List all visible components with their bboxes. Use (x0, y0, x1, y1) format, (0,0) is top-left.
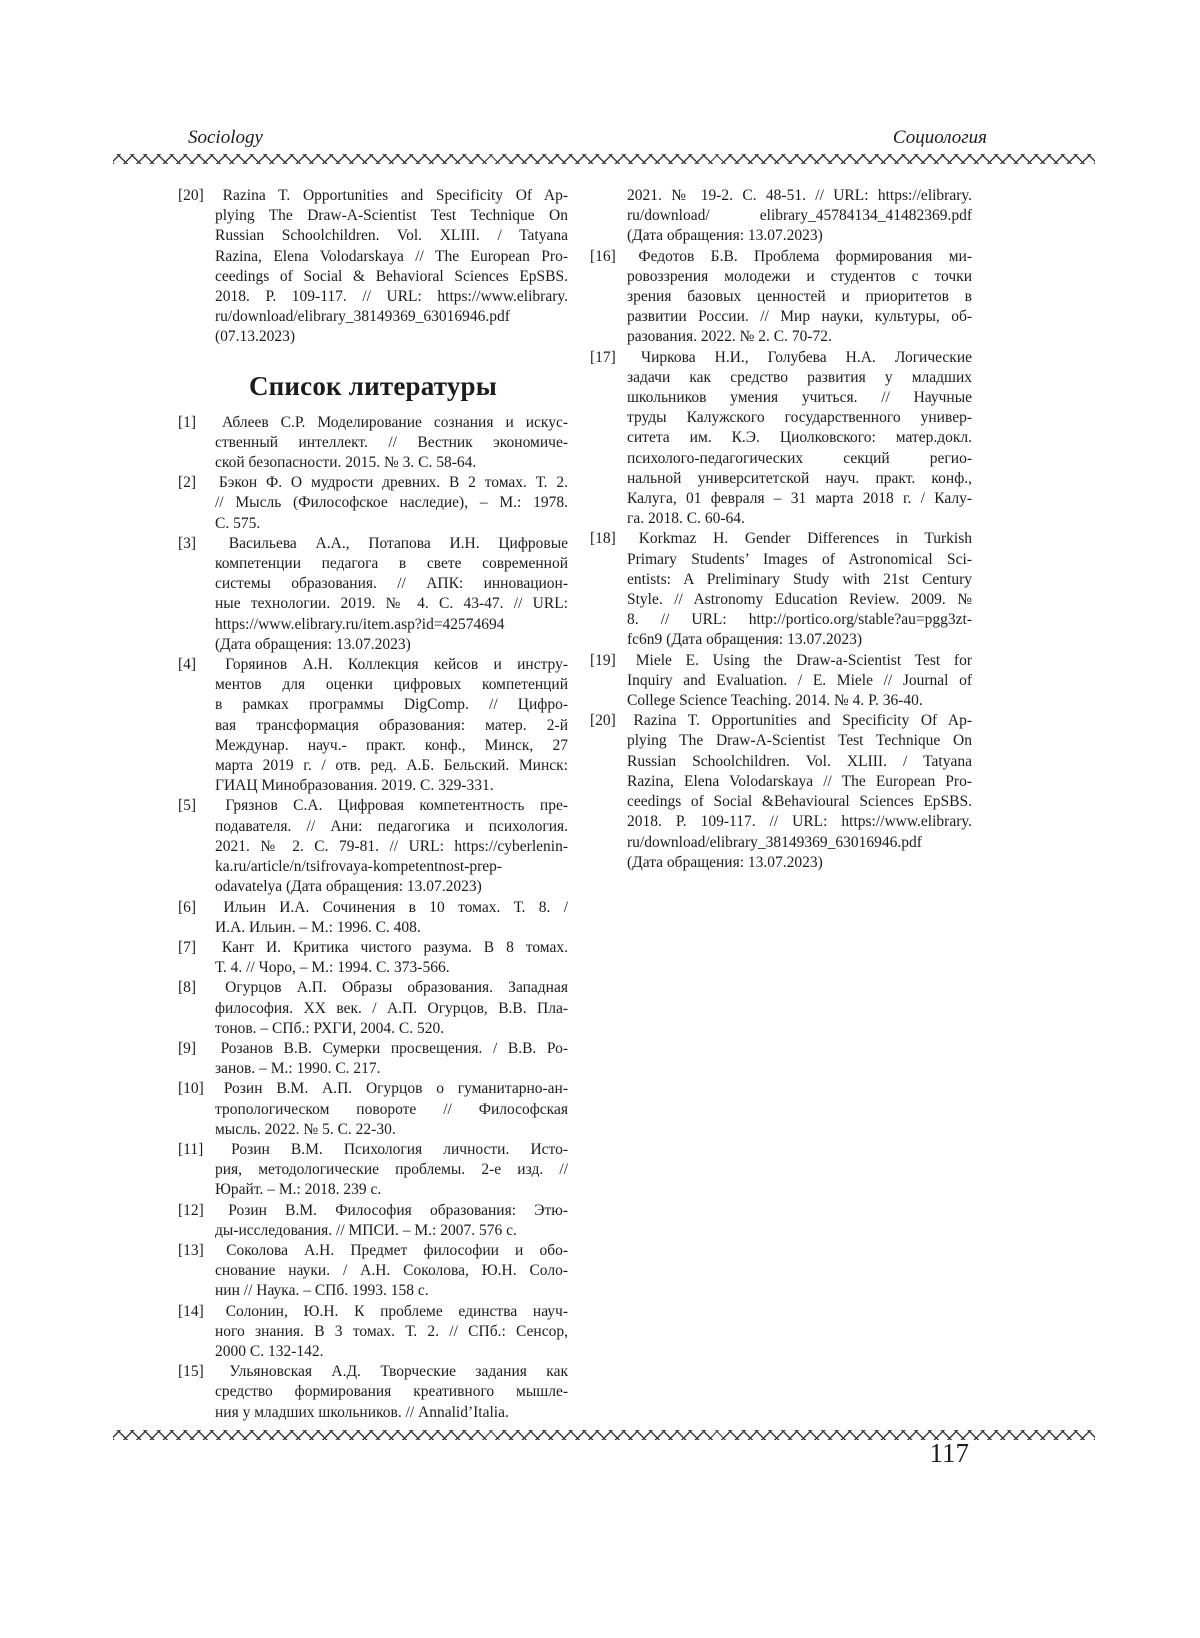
reference-line: [16] Федотов Б.В. Проблема формирования … (590, 247, 972, 267)
reference-item: [16] Федотов Б.В. Проблема формирования … (590, 247, 972, 348)
reference-line: ные технологии. 2019. № 4. С. 43-47. // … (178, 594, 568, 614)
reference-number: [20] (178, 186, 210, 206)
reference-line: ru/download/elibrary_38149369_63016946.p… (178, 307, 568, 327)
reference-line: [18] Korkmaz H. Gender Differences in Tu… (590, 529, 972, 549)
reference-line: [19] Miele E. Using the Draw-a-Scientist… (590, 651, 972, 671)
reference-line: [8] Огурцов А.П. Образы образования. Зап… (178, 978, 568, 998)
reference-line: plying The Draw-A-Scientist Test Techniq… (178, 206, 568, 226)
reference-number: [2] (178, 473, 210, 493)
reference-item: [7] Кант И. Критика чистого разума. В 8 … (178, 938, 568, 978)
right-column-references: 2021. № 19-2. С. 48-51. // URL: https://… (590, 186, 972, 873)
reference-number: [14] (178, 1302, 210, 1322)
reference-line: [7] Кант И. Критика чистого разума. В 8 … (178, 938, 568, 958)
reference-item: [13] Соколова А.Н. Предмет философии и о… (178, 1241, 568, 1302)
reference-line: нин // Наука. – СПб. 1993. 158 с. (178, 1281, 568, 1301)
reference-line: мысль. 2022. № 5. С. 22-30. (178, 1120, 568, 1140)
reference-item: [9] Розанов В.В. Сумерки просвещения. / … (178, 1039, 568, 1079)
reference-number: [12] (178, 1201, 210, 1221)
reference-line: ru/download/elibrary_38149369_63016946.p… (590, 833, 972, 853)
reference-line: [5] Грязнов С.А. Цифровая компетентность… (178, 796, 568, 816)
reference-item: [12] Розин В.М. Философия образования: Э… (178, 1201, 568, 1241)
reference-line: разования. 2022. № 2. С. 70-72. (590, 327, 972, 347)
reference-line: зрения базовых ценностей и приоритетов в (590, 287, 972, 307)
reference-item: [20] Razina T. Opportunities and Specifi… (178, 186, 568, 348)
reference-line: средство формирования креативного мышле- (178, 1382, 568, 1402)
reference-item: [15] Ульяновская А.Д. Творческие задания… (178, 1362, 568, 1423)
reference-line: Inquiry and Evaluation. / E. Miele // Jo… (590, 671, 972, 691)
reference-line: [14] Солонин, Ю.Н. К проблеме единства н… (178, 1302, 568, 1322)
reference-line: (07.13.2023) (178, 327, 568, 347)
reference-item: [1] Аблеев С.Р. Моделирование сознания и… (178, 413, 568, 474)
reference-number: [9] (178, 1039, 210, 1059)
reference-line: ru/download/ elibrary_45784134_41482369.… (590, 206, 972, 226)
reference-line: философия. ХХ век. / А.П. Огурцов, В.В. … (178, 999, 568, 1019)
reference-item: [14] Солонин, Ю.Н. К проблеме единства н… (178, 1302, 568, 1363)
reference-number: [15] (178, 1362, 210, 1382)
reference-item: [5] Грязнов С.А. Цифровая компетентность… (178, 796, 568, 897)
reference-item: [2] Бэкон Ф. О мудрости древних. В 2 том… (178, 473, 568, 534)
reference-line: https://www.elibrary.ru/item.asp?id=4257… (178, 615, 568, 635)
reference-line: 2018. P. 109-117. // URL: https://www.el… (590, 812, 972, 832)
reference-number: [4] (178, 655, 210, 675)
right-column: 2021. № 19-2. С. 48-51. // URL: https://… (590, 186, 972, 1423)
reference-line: [6] Ильин И.А. Сочинения в 10 томах. Т. … (178, 898, 568, 918)
reference-line: // Мысль (Философское наследие), – М.: 1… (178, 493, 568, 513)
reference-line: ментов для оценки цифровых компетенций (178, 675, 568, 695)
reference-line: ceedings of Social &Behavioural Sciences… (590, 792, 972, 812)
left-column-top-references: [20] Razina T. Opportunities and Specifi… (178, 186, 568, 348)
reference-line: 8. // URL: http://portico.org/stable?au=… (590, 610, 972, 630)
reference-line: odavatelya (Дата обращения: 13.07.2023) (178, 877, 568, 897)
reference-line: 2018. P. 109-117. // URL: https://www.el… (178, 287, 568, 307)
reference-line: системы образования. // АПК: инновацион- (178, 574, 568, 594)
reference-number: [10] (178, 1079, 210, 1099)
reference-item: [6] Ильин И.А. Сочинения в 10 томах. Т. … (178, 898, 568, 938)
reference-number: [7] (178, 938, 210, 958)
reference-line: И.А. Ильин. – М.: 1996. С. 408. (178, 918, 568, 938)
reference-line: марта 2019 г. / отв. ред. А.Б. Бельский.… (178, 756, 568, 776)
reference-line: задачи как средство развития у младших (590, 368, 972, 388)
reference-line: fc6n9 (Дата обращения: 13.07.2023) (590, 630, 972, 650)
reference-item: [8] Огурцов А.П. Образы образования. Зап… (178, 978, 568, 1039)
reference-line: ской безопасности. 2015. № 3. С. 58-64. (178, 453, 568, 473)
reference-line: вая трансформация образования: матер. 2-… (178, 716, 568, 736)
reference-line: (Дата обращения: 13.07.2023) (590, 226, 972, 246)
reference-item: [17] Чиркова Н.И., Голубева Н.А. Логичес… (590, 348, 972, 530)
reference-line: С. 575. (178, 514, 568, 534)
reference-line: [3] Васильева А.А., Потапова И.Н. Цифров… (178, 534, 568, 554)
reference-number: [20] (590, 711, 622, 731)
reference-line: Междунар. науч.- практ. конф., Минск, 27 (178, 736, 568, 756)
reference-line: тропологическом повороте // Философская (178, 1100, 568, 1120)
top-decorative-border (113, 154, 1095, 164)
reference-line: [15] Ульяновская А.Д. Творческие задания… (178, 1362, 568, 1382)
reference-line: [11] Розин В.М. Психология личности. Ист… (178, 1140, 568, 1160)
reference-line: [13] Соколова А.Н. Предмет философии и о… (178, 1241, 568, 1261)
left-column-references: [1] Аблеев С.Р. Моделирование сознания и… (178, 413, 568, 1423)
reference-line: ceedings of Social & Behavioral Sciences… (178, 267, 568, 287)
reference-number: [19] (590, 651, 622, 671)
reference-line: Russian Schoolchildren. Vol. XLIII. / Ta… (590, 752, 972, 772)
reference-line: подавателя. // Ани: педагогика и психоло… (178, 817, 568, 837)
reference-line: (Дата обращения: 13.07.2023) (178, 635, 568, 655)
reference-item: [20] Razina T. Opportunities and Specifi… (590, 711, 972, 873)
journal-page: Sociology Социология [20] Razina T. Oppo… (0, 0, 1200, 1638)
bibliography-title: Список литературы (178, 370, 568, 402)
page-number: 117 (930, 1438, 970, 1468)
reference-line: занов. – М.: 1990. С. 217. (178, 1059, 568, 1079)
reference-line: в рамках программы DigComp. // Цифро- (178, 695, 568, 715)
reference-line: тонов. – СПб.: РХГИ, 2004. С. 520. (178, 1019, 568, 1039)
reference-line: [1] Аблеев С.Р. Моделирование сознания и… (178, 413, 568, 433)
reference-number: [11] (178, 1140, 210, 1160)
reference-line: [2] Бэкон Ф. О мудрости древних. В 2 том… (178, 473, 568, 493)
reference-line: ровоззрения молодежи и студентов с точки (590, 267, 972, 287)
reference-item: [18] Korkmaz H. Gender Differences in Tu… (590, 529, 972, 650)
reference-item: [11] Розин В.М. Психология личности. Ист… (178, 1140, 568, 1201)
reference-line: школьников умения учиться. // Научные (590, 388, 972, 408)
reference-line: ситета им. К.Э. Циолковского: матер.докл… (590, 428, 972, 448)
reference-number: [16] (590, 247, 622, 267)
reference-line: 2021. № 19-2. С. 48-51. // URL: https://… (590, 186, 972, 206)
reference-item: [3] Васильева А.А., Потапова И.Н. Цифров… (178, 534, 568, 655)
reference-number: [6] (178, 898, 210, 918)
reference-line: Юрайт. – М.: 2018. 239 с. (178, 1180, 568, 1200)
reference-line: ды-исследования. // МПСИ. – М.: 2007. 57… (178, 1221, 568, 1241)
running-head-right: Социология (893, 127, 987, 149)
reference-number: [17] (590, 348, 622, 368)
reference-line: [20] Razina T. Opportunities and Specifi… (178, 186, 568, 206)
reference-number: [13] (178, 1241, 210, 1261)
reference-line: Калуга, 01 февраля – 31 марта 2018 г. / … (590, 489, 972, 509)
reference-line: entists: A Preliminary Study with 21st C… (590, 570, 972, 590)
reference-line: [17] Чиркова Н.И., Голубева Н.А. Логичес… (590, 348, 972, 368)
reference-line: снование науки. / А.Н. Соколова, Ю.Н. Со… (178, 1261, 568, 1281)
reference-line: ния у младших школьников. // Annalid’Ita… (178, 1403, 568, 1423)
reference-number: [18] (590, 529, 622, 549)
reference-line: [9] Розанов В.В. Сумерки просвещения. / … (178, 1039, 568, 1059)
reference-line: труды Калужского государственного универ… (590, 408, 972, 428)
reference-number: [3] (178, 534, 210, 554)
reference-line: Russian Schoolchildren. Vol. XLIII. / Ta… (178, 226, 568, 246)
reference-item: [10] Розин В.М. А.П. Огурцов о гуманитар… (178, 1079, 568, 1140)
reference-line: (Дата обращения: 13.07.2023) (590, 853, 972, 873)
reference-line: 2021. № 2. С. 79-81. // URL: https://cyb… (178, 837, 568, 857)
reference-line: [20] Razina T. Opportunities and Specifi… (590, 711, 972, 731)
running-head-left: Sociology (188, 127, 263, 149)
reference-line: 2000 С. 132-142. (178, 1342, 568, 1362)
reference-number: [8] (178, 978, 210, 998)
reference-line: компетенции педагога в свете современной (178, 554, 568, 574)
reference-line: Razina, Elena Volodarskaya // The Europe… (590, 772, 972, 792)
reference-line: ственный интеллект. // Вестник экономиче… (178, 433, 568, 453)
reference-line: ГИАЦ Минобразования. 2019. С. 329-331. (178, 776, 568, 796)
reference-line: [10] Розин В.М. А.П. Огурцов о гуманитар… (178, 1079, 568, 1099)
reference-line: Razina, Elena Volodarskaya // The Europe… (178, 247, 568, 267)
reference-line: [4] Горяинов А.Н. Коллекция кейсов и инс… (178, 655, 568, 675)
reference-number: [5] (178, 796, 210, 816)
reference-body: [20] Razina T. Opportunities and Specifi… (178, 186, 972, 1423)
reference-line: [12] Розин В.М. Философия образования: Э… (178, 1201, 568, 1221)
left-column: [20] Razina T. Opportunities and Specifi… (178, 186, 568, 1423)
reference-line: га. 2018. С. 60-64. (590, 509, 972, 529)
reference-line: развитии России. // Мир науки, культуры,… (590, 307, 972, 327)
reference-line: Style. // Astronomy Education Review. 20… (590, 590, 972, 610)
reference-item: 2021. № 19-2. С. 48-51. // URL: https://… (590, 186, 972, 247)
reference-number: [1] (178, 413, 210, 433)
reference-line: психолого-педагогических секций регио- (590, 449, 972, 469)
reference-line: Primary Students’ Images of Astronomical… (590, 550, 972, 570)
reference-line: College Science Teaching. 2014. № 4. P. … (590, 691, 972, 711)
reference-item: [4] Горяинов А.Н. Коллекция кейсов и инс… (178, 655, 568, 796)
reference-line: Т. 4. // Чоро, – М.: 1994. С. 373-566. (178, 958, 568, 978)
reference-line: plying The Draw-A-Scientist Test Techniq… (590, 731, 972, 751)
reference-item: [19] Miele E. Using the Draw-a-Scientist… (590, 651, 972, 712)
reference-line: нальной университетской науч. практ. кон… (590, 469, 972, 489)
reference-line: рия, методологические проблемы. 2-е изд.… (178, 1160, 568, 1180)
reference-line: ka.ru/article/n/tsifrovaya-kompetentnost… (178, 857, 568, 877)
reference-line: ного знания. В 3 томах. Т. 2. // СПб.: С… (178, 1322, 568, 1342)
